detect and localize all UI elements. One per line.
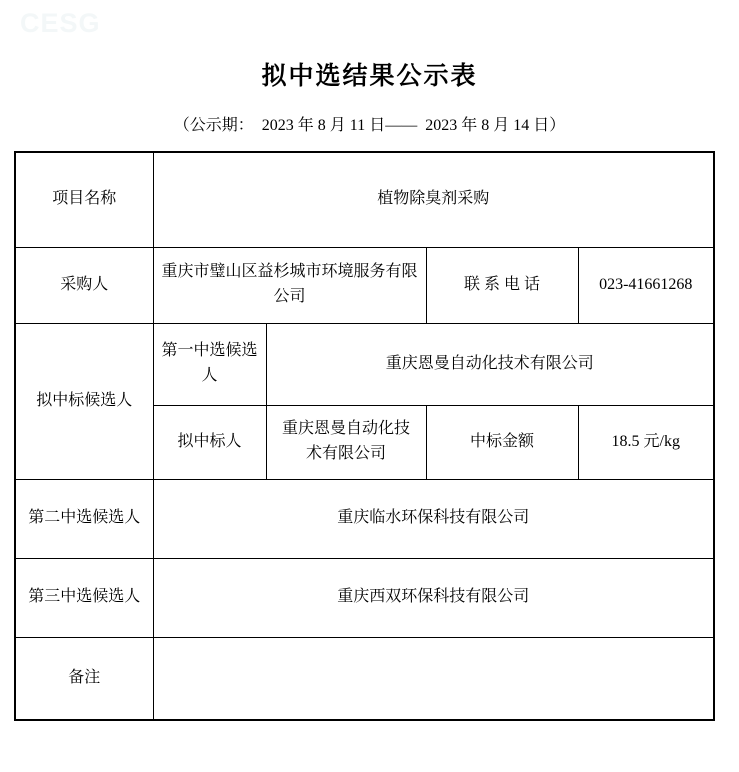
table-row: 项目名称 植物除臭剂采购 — [15, 152, 714, 247]
watermark: CESG — [20, 8, 101, 39]
publicity-period: （公示期： 2023 年 8 月 11 日—— 2023 年 8 月 14 日） — [0, 116, 739, 135]
first-candidate-value: 重庆恩曼自动化技术有限公司 — [266, 323, 714, 405]
project-name-value: 植物除臭剂采购 — [153, 152, 714, 247]
second-candidate-value: 重庆临水环保科技有限公司 — [153, 479, 714, 558]
first-candidate-label: 第一中选候选人 — [153, 323, 266, 405]
award-amount-value: 18.5 元/kg — [578, 405, 714, 479]
table-row: 拟中标候选人 第一中选候选人 重庆恩曼自动化技术有限公司 — [15, 323, 714, 405]
remarks-label: 备注 — [15, 637, 153, 720]
remarks-value — [153, 637, 714, 720]
candidates-label: 拟中标候选人 — [15, 323, 153, 479]
table-row: 第三中选候选人 重庆西双环保科技有限公司 — [15, 558, 714, 637]
proposed-winner-value: 重庆恩曼自动化技术有限公司 — [266, 405, 426, 479]
result-table: 项目名称 植物除臭剂采购 采购人 重庆市璧山区益杉城市环境服务有限公司 联 系 … — [14, 151, 715, 721]
table-row: 第二中选候选人 重庆临水环保科技有限公司 — [15, 479, 714, 558]
purchaser-value: 重庆市璧山区益杉城市环境服务有限公司 — [153, 247, 426, 323]
table-row: 备注 — [15, 637, 714, 720]
contact-phone-value: 023-41661268 — [578, 247, 714, 323]
page-title: 拟中选结果公示表 — [0, 0, 739, 92]
table-row: 采购人 重庆市璧山区益杉城市环境服务有限公司 联 系 电 话 023-41661… — [15, 247, 714, 323]
award-amount-label: 中标金额 — [426, 405, 578, 479]
purchaser-label: 采购人 — [15, 247, 153, 323]
proposed-winner-label: 拟中标人 — [153, 405, 266, 479]
project-name-label: 项目名称 — [15, 152, 153, 247]
third-candidate-label: 第三中选候选人 — [15, 558, 153, 637]
second-candidate-label: 第二中选候选人 — [15, 479, 153, 558]
contact-phone-label: 联 系 电 话 — [426, 247, 578, 323]
third-candidate-value: 重庆西双环保科技有限公司 — [153, 558, 714, 637]
